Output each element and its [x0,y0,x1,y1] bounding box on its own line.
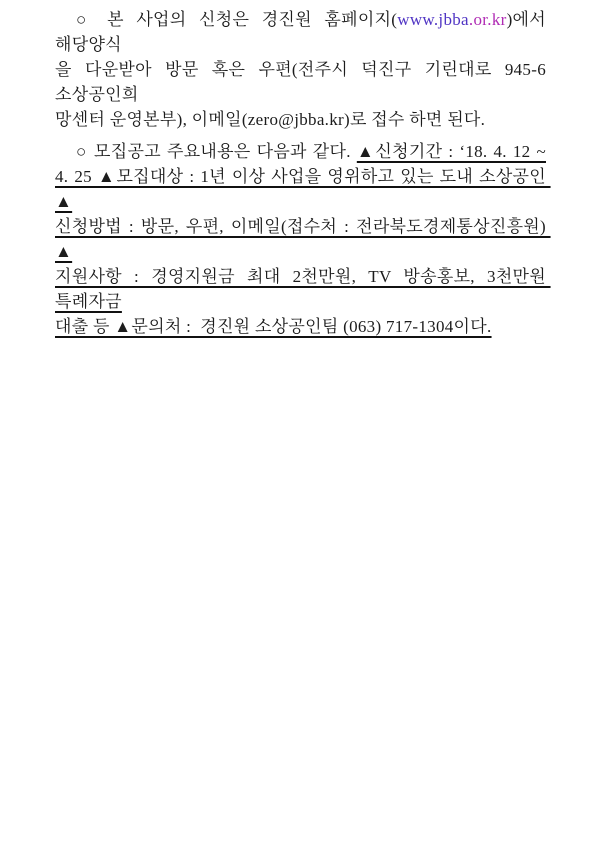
text-line: ○ 모집공고 주요내용은 다음과 같다. ▲신청기간 : ‘18. 4. 12 … [55,139,546,164]
text-line: 을 다운받아 방문 혹은 우편(전주시 덕진구 기린대로 945-6 소상공인희 [55,57,546,107]
paragraph: ○ 본 사업의 신청은 경진원 홈페이지(www.jbba.or.kr)에서 해… [55,7,546,132]
text-line: 지원사항 : 경영지원금 최대 2천만원, TV 방송홍보, 3천만원 특례자금 [55,264,546,314]
text-run: 지원사항 : 경영지원금 최대 2천만원, TV 방송홍보, 3천만원 특례자금 [55,267,551,311]
text-run: 신청방법 : 방문, 우편, 이메일(접수처 : 전라북도경제통상진흥원) ▲ [55,217,551,261]
text-run: ○ 모집공고 주요내용은 다음과 같다. [76,142,357,161]
text-run: 망센터 운영본부), 이메일(zero@jbba.kr)로 접수 하면 된다. [55,110,485,129]
paragraph: ○ 모집공고 주요내용은 다음과 같다. ▲신청기간 : ‘18. 4. 12 … [55,139,546,339]
text-run: ▲신청기간 : ‘18. 4. 12 ~ [357,142,546,161]
text-line: 신청방법 : 방문, 우편, 이메일(접수처 : 전라북도경제통상진흥원) ▲ [55,214,546,264]
text-line: 4. 25 ▲모집대상 : 1년 이상 사업을 영위하고 있는 도내 소상공인 … [55,164,546,214]
website-link[interactable]: .or.kr [469,10,507,29]
text-run: ○ 본 사업의 신청은 경진원 홈페이지( [76,10,397,29]
text-line: 대출 등 ▲문의처 : 경진원 소상공인팀 (063) 717-1304이다. [55,314,546,339]
website-link[interactable]: www.jbba [397,10,469,29]
text-run: 을 다운받아 방문 혹은 우편(전주시 덕진구 기린대로 945-6 소상공인희 [55,60,551,104]
text-run: 대출 등 ▲문의처 : 경진원 소상공인팀 (063) 717-1304이다. [55,317,492,336]
document-page: ○ 본 사업의 신청은 경진원 홈페이지(www.jbba.or.kr)에서 해… [0,0,600,849]
text-line: ○ 본 사업의 신청은 경진원 홈페이지(www.jbba.or.kr)에서 해… [55,7,546,57]
text-run: 4. 25 ▲모집대상 : 1년 이상 사업을 영위하고 있는 도내 소상공인 … [55,167,551,211]
document-content: ○ 본 사업의 신청은 경진원 홈페이지(www.jbba.or.kr)에서 해… [0,0,600,339]
text-line: 망센터 운영본부), 이메일(zero@jbba.kr)로 접수 하면 된다. [55,107,546,132]
